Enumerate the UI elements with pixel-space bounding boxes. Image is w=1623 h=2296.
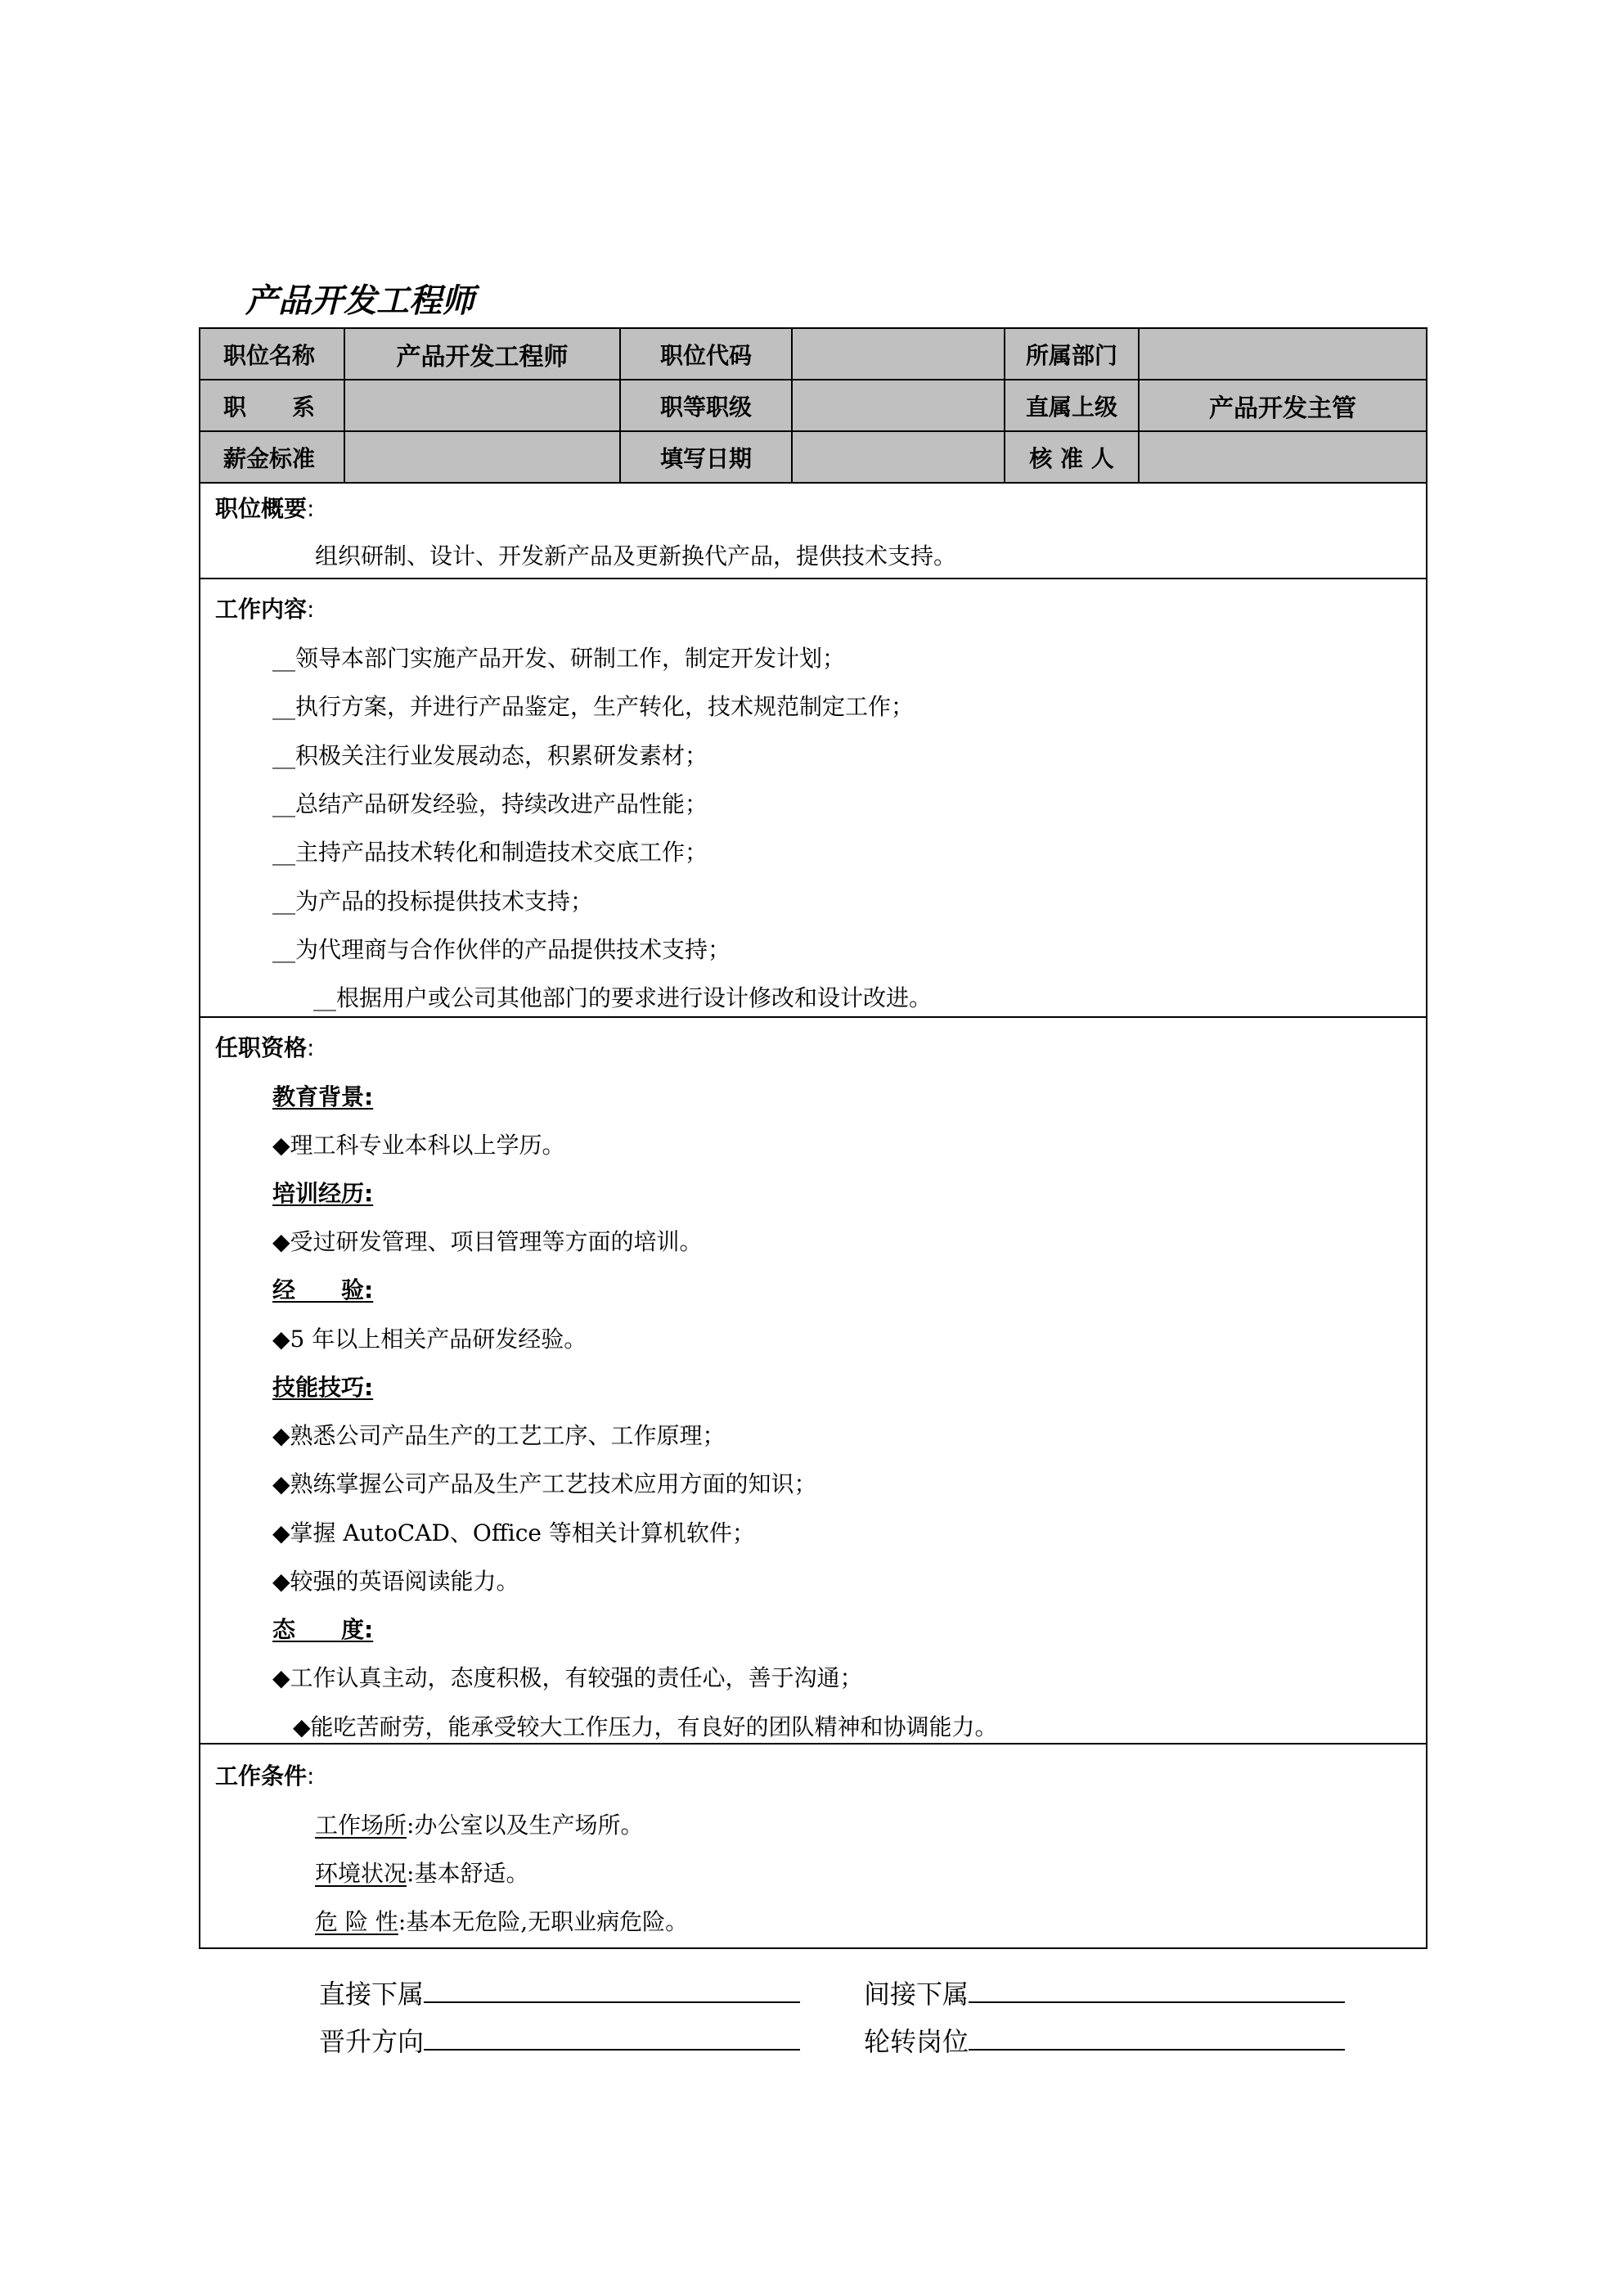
qualifications-section: 任职资格: 教育背景: ◆理工科专业本科以上学历。 培训经历: ◆受过研发管理、… [200, 1016, 1426, 1745]
education-heading: 教育背景: [272, 1083, 373, 1111]
rotation-positions-field: 轮转岗位 [864, 2021, 1345, 2059]
direct-subordinates-input[interactable] [424, 1977, 800, 2003]
rotation-positions-label: 轮转岗位 [864, 2026, 969, 2057]
promotion-path-field: 晋升方向 [319, 2021, 800, 2059]
training-heading: 培训经历: [272, 1180, 373, 1208]
department-value[interactable] [1139, 328, 1427, 380]
summary-section: 职位概要: 组织研制、设计、开发新产品及更新换代产品，提供技术支持。 [200, 477, 1426, 579]
approver-label: 核 准 人 [1005, 431, 1139, 483]
condition-item-environment: 环境状况:基本舒适。 [315, 1860, 528, 1888]
experience-heading: 经 验: [272, 1276, 373, 1304]
qualifications-heading: 任职资格: [215, 1034, 314, 1062]
skill-item: ◆熟练掌握公司产品及生产工艺技术应用方面的知识； [272, 1470, 817, 1498]
direct-supervisor-value[interactable]: 产品开发主管 [1139, 380, 1427, 431]
position-code-label: 职位代码 [620, 328, 792, 380]
attitude-item: ◆工作认真主动，态度积极，有较强的责任心，善于沟通； [272, 1664, 863, 1692]
duty-item: __主持产品技术转化和制造技术交底工作； [272, 839, 708, 867]
job-family-label: 职 系 [200, 380, 344, 431]
attitude-heading: 态 度: [272, 1616, 373, 1644]
position-name-value[interactable]: 产品开发工程师 [344, 328, 620, 380]
table-row: 职 系 职等职级 直属上级 产品开发主管 [200, 380, 1427, 431]
duty-item: __总结产品研发经验，持续改进产品性能； [272, 790, 708, 818]
job-family-value[interactable] [344, 380, 620, 431]
approver-value[interactable] [1139, 431, 1427, 483]
skill-item: ◆较强的英语阅读能力。 [272, 1568, 519, 1596]
skills-heading: 技能技巧: [272, 1374, 373, 1402]
table-row: 薪金标准 填写日期 核 准 人 [200, 431, 1427, 483]
position-info-table: 职位名称 产品开发工程师 职位代码 所属部门 职 系 职等职级 直属上级 产品开… [199, 327, 1427, 484]
job-description-body: 职位概要: 组织研制、设计、开发新产品及更新换代产品，提供技术支持。 工作内容:… [199, 477, 1427, 1949]
conditions-section: 工作条件: 工作场所:办公室以及生产场所。 环境状况:基本舒适。 危 险 性:基… [200, 1743, 1426, 1947]
summary-heading: 职位概要: [215, 495, 314, 523]
experience-item: ◆5 年以上相关产品研发经验。 [272, 1326, 587, 1353]
duties-heading: 工作内容: [215, 596, 314, 624]
skill-item: ◆掌握 AutoCAD、Office 等相关计算机软件； [272, 1519, 755, 1547]
salary-standard-label: 薪金标准 [200, 431, 344, 483]
attitude-item: ◆能吃苦耐劳，能承受较大工作压力，有良好的团队精神和协调能力。 [293, 1713, 998, 1741]
condition-item-workplace: 工作场所:办公室以及生产场所。 [315, 1812, 643, 1839]
duty-item: __为产品的投标提供技术支持； [272, 888, 593, 916]
position-code-value[interactable] [792, 328, 1005, 380]
job-grade-label: 职等职级 [620, 380, 792, 431]
duty-item: __执行方案，并进行产品鉴定，生产转化，技术规范制定工作； [272, 693, 914, 721]
training-item: ◆受过研发管理、项目管理等方面的培训。 [272, 1228, 703, 1256]
salary-standard-value[interactable] [344, 431, 620, 483]
fill-date-value[interactable] [792, 431, 1005, 483]
duty-item: __积极关注行业发展动态，积累研发素材； [272, 742, 708, 770]
indirect-subordinates-input[interactable] [969, 1977, 1345, 2003]
promotion-path-label: 晋升方向 [319, 2026, 424, 2057]
direct-supervisor-label: 直属上级 [1005, 380, 1139, 431]
condition-item-hazard: 危 险 性:基本无危险,无职业病危险。 [315, 1908, 688, 1936]
page-title: 产品开发工程师 [245, 275, 474, 322]
duty-item: __根据用户或公司其他部门的要求进行设计修改和设计改进。 [313, 984, 932, 1012]
education-item: ◆理工科专业本科以上学历。 [272, 1132, 565, 1159]
conditions-heading: 工作条件: [215, 1763, 314, 1790]
position-name-label: 职位名称 [200, 328, 344, 380]
job-grade-value[interactable] [792, 380, 1005, 431]
duties-section: 工作内容: __领导本部门实施产品开发、研制工作，制定开发计划； __执行方案，… [200, 578, 1426, 1018]
direct-subordinates-field: 直接下属 [319, 1974, 800, 2011]
direct-subordinates-label: 直接下属 [319, 1979, 424, 2010]
summary-text: 组织研制、设计、开发新产品及更新换代产品，提供技术支持。 [315, 542, 956, 570]
indirect-subordinates-field: 间接下属 [864, 1974, 1345, 2011]
indirect-subordinates-label: 间接下属 [864, 1979, 969, 2010]
skill-item: ◆熟悉公司产品生产的工艺工序、工作原理； [272, 1422, 726, 1450]
department-label: 所属部门 [1005, 328, 1139, 380]
duty-item: __领导本部门实施产品开发、研制工作，制定开发计划； [272, 645, 845, 673]
fill-date-label: 填写日期 [620, 431, 792, 483]
rotation-positions-input[interactable] [969, 2024, 1345, 2051]
promotion-path-input[interactable] [424, 2024, 800, 2051]
table-row: 职位名称 产品开发工程师 职位代码 所属部门 [200, 328, 1427, 380]
duty-item: __为代理商与合作伙伴的产品提供技术支持； [272, 936, 731, 964]
